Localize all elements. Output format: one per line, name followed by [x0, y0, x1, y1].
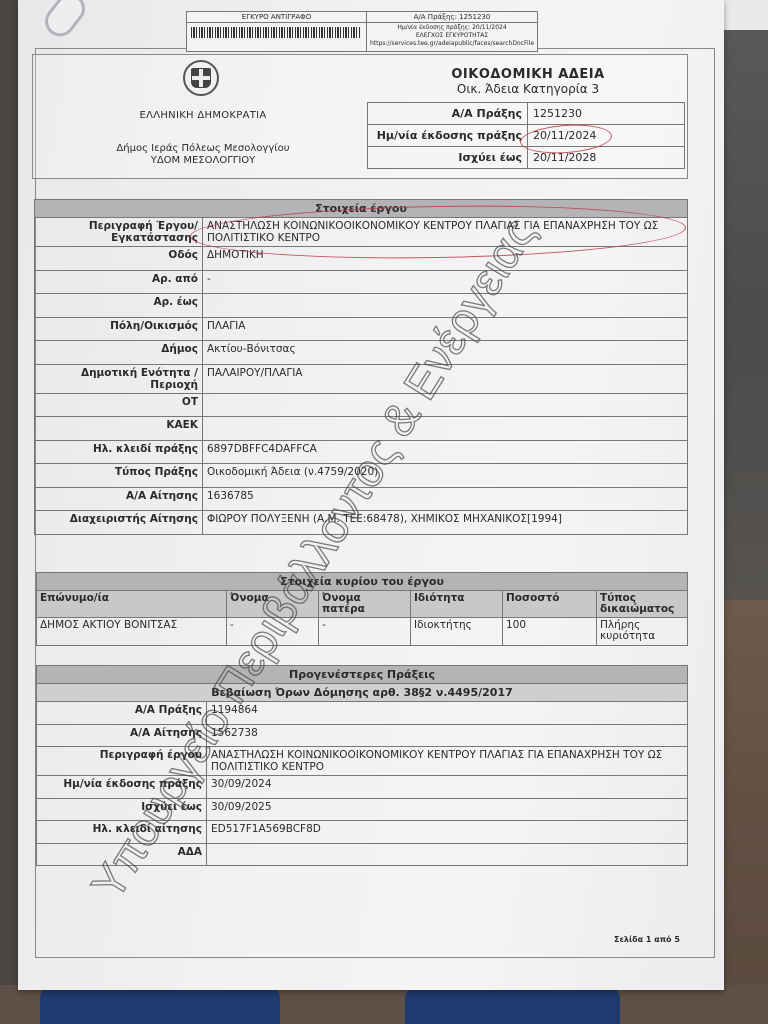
field-label: Α/Α Πράξης [37, 702, 207, 725]
document-subtitle: Οικ. Άδεια Κατηγορία 3 [373, 82, 683, 96]
field-value [203, 294, 688, 318]
table-row: ΚΑΕΚ [35, 417, 688, 441]
table-row: Αρ. από- [35, 270, 688, 294]
permit-summary-table: Α/Α Πράξης 1251230 Ημ/νία έκδοσης πράξης… [367, 102, 685, 169]
field-label: Περιγραφή έργου [37, 747, 207, 776]
municipality-name: Δήμος Ιεράς Πόλεως Μεσολογγίου [73, 143, 333, 155]
field-value: 20/11/2024 [528, 125, 685, 147]
table-row: ΑΔΑ [37, 843, 688, 866]
validation-issue-date: Ημ/νία έκδοσης πράξης: 20/11/2024 [367, 24, 537, 31]
field-value: 1194864 [207, 702, 688, 725]
field-value: ΠΑΛΑΙΡΟΥ/ΠΛΑΓΙΑ [203, 364, 688, 393]
field-value: ΦΙΩΡΟΥ ΠΟΛΥΞΕΝΗ (Α.Μ. ΤΕΕ:68478), ΧΗΜΙΚΟ… [203, 511, 688, 535]
field-label: Α/Α Πράξης [368, 103, 528, 125]
republic-label: ΕΛΛΗΝΙΚΗ ΔΗΜΟΚΡΑΤΙΑ [103, 110, 303, 121]
field-label: Αρ. έως [35, 294, 203, 318]
table-row: Ισχύει έως30/09/2025 [37, 798, 688, 821]
field-value: ΑΝΑΣΤΗΛΩΣΗ ΚΟΙΝΩΝΙΚΟΟΙΚΟΝΟΜΙΚΟΥ ΚΕΝΤΡΟΥ … [203, 218, 688, 247]
project-details-table: Στοιχεία έργου Περιγραφή Έργου/Εγκατάστα… [34, 199, 688, 535]
field-label: ΚΑΕΚ [35, 417, 203, 441]
validation-check-label: ΕΛΕΓΧΟΣ ΕΓΚΥΡΟΤΗΤΑΣ [367, 32, 537, 39]
column-header: Τύπος δικαιώματος [597, 591, 688, 618]
table-row: ΟδόςΔΗΜΟΤΙΚΗ [35, 247, 688, 271]
field-label: Ισχύει έως [368, 147, 528, 169]
field-label: Αρ. από [35, 270, 203, 294]
field-label: Οδός [35, 247, 203, 271]
valid-copy-label: ΕΓΚΥΡΟ ΑΝΤΙΓΡΑΦΟ [187, 12, 366, 23]
section-title: Προγενέστερες Πράξεις [37, 666, 688, 684]
owner-right-type: Πλήρης κυριότητα [597, 618, 688, 646]
field-value [203, 417, 688, 441]
field-label: Δήμος [35, 341, 203, 365]
field-value: 6897DBFFC4DAFFCA [203, 440, 688, 464]
office-name: ΥΔΟΜ ΜΕΣΟΛΟΓΓΙΟΥ [73, 155, 333, 167]
table-row: ΔΗΜΟΣ ΑΚΤΙΟΥ ΒΟΝΙΤΣΑΣ - - Ιδιοκτήτης 100… [37, 618, 688, 646]
section-title: Στοιχεία κυρίου του έργου [37, 573, 688, 591]
column-header: Όνομα πατέρα [319, 591, 411, 618]
column-header: Όνομα [227, 591, 319, 618]
field-value: ΑΝΑΣΤΗΛΩΣΗ ΚΟΙΝΩΝΙΚΟΟΙΚΟΝΟΜΙΚΟΥ ΚΕΝΤΡΟΥ … [207, 747, 688, 776]
table-row: Α/Α Πράξης 1251230 [368, 103, 685, 125]
table-row: Α/Α Πράξης1194864 [37, 702, 688, 725]
table-row: Περιγραφή έργουΑΝΑΣΤΗΛΩΣΗ ΚΟΙΝΩΝΙΚΟΟΙΚΟΝ… [37, 747, 688, 776]
field-value: 20/11/2028 [528, 147, 685, 169]
field-value: ED517F1A569BCF8D [207, 821, 688, 844]
page-indicator: Σελίδα 1 από 5 [614, 935, 680, 944]
table-row: Α/Α Αίτησης1562738 [37, 724, 688, 747]
table-row: Αρ. έως [35, 294, 688, 318]
table-row: Ηλ. κλειδί αίτησηςED517F1A569BCF8D [37, 821, 688, 844]
owner-surname: ΔΗΜΟΣ ΑΚΤΙΟΥ ΒΟΝΙΤΣΑΣ [37, 618, 227, 646]
background-clothing [40, 988, 280, 1024]
owner-percentage: 100 [503, 618, 597, 646]
field-value: ΠΛΑΓΙΑ [203, 317, 688, 341]
field-label: ΑΔΑ [37, 843, 207, 866]
field-label: Ηλ. κλειδί αίτησης [37, 821, 207, 844]
owner-capacity: Ιδιοκτήτης [411, 618, 503, 646]
section-subtitle: Βεβαίωση Όρων Δόμησης αρθ. 38§2 ν.4495/2… [37, 684, 688, 702]
table-row: Τύπος ΠράξηςΟικοδομική Άδεια (ν.4759/202… [35, 464, 688, 488]
validation-url[interactable]: https://services.tee.gr/adeiapublic/face… [367, 40, 537, 47]
field-value: 30/09/2025 [207, 798, 688, 821]
field-label: ΟΤ [35, 393, 203, 417]
table-row: Δημοτική Ενότητα / ΠεριοχήΠΑΛΑΙΡΟΥ/ΠΛΑΓΙ… [35, 364, 688, 393]
field-value: Οικοδομική Άδεια (ν.4759/2020) [203, 464, 688, 488]
section-title: Στοιχεία έργου [35, 200, 688, 218]
background-clothing [405, 988, 620, 1024]
field-label: Ημ/νία έκδοσης πράξης [368, 125, 528, 147]
owner-father-name: - [319, 618, 411, 646]
field-label: Τύπος Πράξης [35, 464, 203, 488]
paperclip-icon [39, 0, 91, 42]
table-row: Πόλη/ΟικισμόςΠΛΑΓΙΑ [35, 317, 688, 341]
validation-strip: ΕΓΚΥΡΟ ΑΝΤΙΓΡΑΦΟ ​ Α/Α Πράξης: 1251230 Η… [186, 11, 538, 52]
field-label: Ισχύει έως [37, 798, 207, 821]
field-label: Ημ/νία έκδοσης πράξης [37, 776, 207, 799]
document-header: ΕΛΛΗΝΙΚΗ ΔΗΜΟΚΡΑΤΙΑ Δήμος Ιεράς Πόλεως Μ… [32, 54, 688, 179]
table-row: Περιγραφή Έργου/ΕγκατάστασηςΑΝΑΣΤΗΛΩΣΗ Κ… [35, 218, 688, 247]
table-row: Ισχύει έως 20/11/2028 [368, 147, 685, 169]
field-label: Πόλη/Οικισμός [35, 317, 203, 341]
field-label: Α/Α Αίτησης [35, 487, 203, 511]
barcode-caption: ​ [187, 39, 366, 44]
validation-act-number: Α/Α Πράξης: 1251230 [367, 12, 537, 23]
table-row: ΔήμοςΑκτίου-Βόνιτσας [35, 341, 688, 365]
previous-acts-table: Προγενέστερες Πράξεις Βεβαίωση Όρων Δόμη… [36, 665, 688, 866]
column-header: Επώνυμο/ία [37, 591, 227, 618]
field-value [203, 393, 688, 417]
field-value: 1636785 [203, 487, 688, 511]
table-row: Α/Α Αίτησης1636785 [35, 487, 688, 511]
field-label: Δημοτική Ενότητα / Περιοχή [35, 364, 203, 393]
field-value: 1251230 [528, 103, 685, 125]
document-title: ΟΙΚΟΔΟΜΙΚΗ ΑΔΕΙΑ [373, 67, 683, 82]
field-value: 1562738 [207, 724, 688, 747]
greek-coat-of-arms-icon [183, 60, 219, 96]
field-value [207, 843, 688, 866]
column-header: Ποσοστό [503, 591, 597, 618]
field-label: Περιγραφή Έργου/Εγκατάστασης [35, 218, 203, 247]
table-row: Ημ/νία έκδοσης πράξης 20/11/2024 [368, 125, 685, 147]
field-label: Ηλ. κλειδί πράξης [35, 440, 203, 464]
table-row: Ηλ. κλειδί πράξης6897DBFFC4DAFFCA [35, 440, 688, 464]
field-label: Διαχειριστής Αίτησης [35, 511, 203, 535]
table-row: Διαχειριστής ΑίτησηςΦΙΩΡΟΥ ΠΟΛΥΞΕΝΗ (Α.Μ… [35, 511, 688, 535]
field-value: 30/09/2024 [207, 776, 688, 799]
column-header: Ιδιότητα [411, 591, 503, 618]
issuing-authority: Δήμος Ιεράς Πόλεως Μεσολογγίου ΥΔΟΜ ΜΕΣΟ… [73, 143, 333, 167]
owner-name: - [227, 618, 319, 646]
field-value: Ακτίου-Βόνιτσας [203, 341, 688, 365]
owners-table: Στοιχεία κυρίου του έργου Επώνυμο/ία Όνο… [36, 572, 688, 646]
field-label: Α/Α Αίτησης [37, 724, 207, 747]
barcode-icon [191, 27, 360, 38]
table-row: Ημ/νία έκδοσης πράξης30/09/2024 [37, 776, 688, 799]
field-value: - [203, 270, 688, 294]
table-row: ΟΤ [35, 393, 688, 417]
field-value: ΔΗΜΟΤΙΚΗ [203, 247, 688, 271]
document-page: ΕΓΚΥΡΟ ΑΝΤΙΓΡΑΦΟ ​ Α/Α Πράξης: 1251230 Η… [18, 0, 724, 990]
